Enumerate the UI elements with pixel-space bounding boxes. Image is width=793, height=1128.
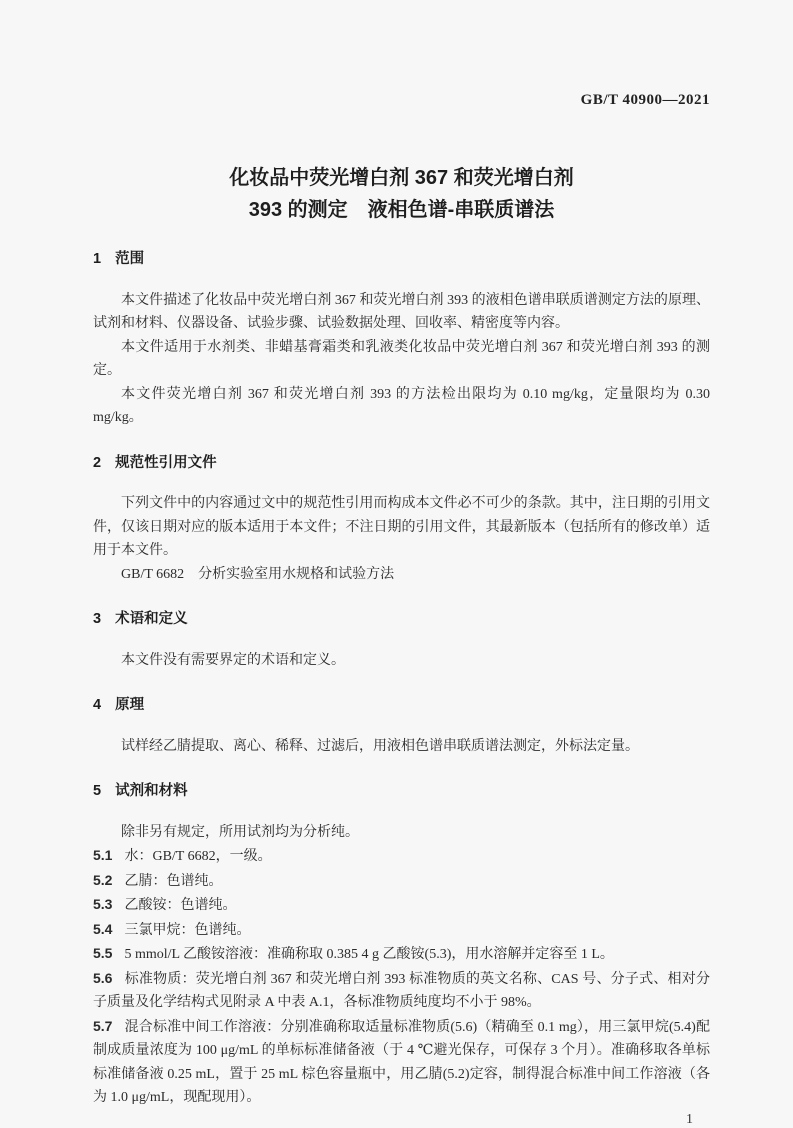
clause-5.3: 5.3乙酸铵：色谱纯。 (93, 893, 710, 918)
clause-text: 混合标准中间工作溶液：分别准确称取适量标准物质(5.6)（精确至 0.1 mg）… (93, 1020, 710, 1106)
clause-text: 水：GB/T 6682，一级。 (124, 849, 271, 864)
paragraph: 本文件适用于水剂类、非蜡基膏霜类和乳液类化妆品中荧光增白剂 367 和荧光增白剂… (93, 336, 710, 383)
clause-5.4: 5.4三氯甲烷：色谱纯。 (93, 918, 710, 943)
clause-5.6: 5.6标准物质：荧光增白剂 367 和荧光增白剂 393 标准物质的英文名称、C… (93, 967, 710, 1015)
clause-number: 5.5 (93, 945, 112, 961)
clause-number: 5.1 (93, 847, 112, 863)
section-number: 2 (93, 455, 101, 471)
paragraph: GB/T 6682 分析实验室用水规格和试验方法 (93, 563, 710, 587)
clause-5.5: 5.55 mmol/L 乙酸铵溶液：准确称取 0.385 4 g 乙酸铵(5.3… (93, 942, 710, 967)
section-heading-4: 4原理 (93, 694, 710, 718)
document-body: 1范围本文件描述了化妆品中荧光增白剂 367 和荧光增白剂 393 的液相色谱串… (93, 248, 710, 1110)
clause-text: 5 mmol/L 乙酸铵溶液：准确称取 0.385 4 g 乙酸铵(5.3)，用… (124, 947, 613, 962)
page-number: 1 (93, 1112, 710, 1128)
section-heading-1: 1范围 (93, 248, 710, 272)
paragraph: 本文件没有需要界定的术语和定义。 (93, 649, 710, 673)
clause-text: 乙腈：色谱纯。 (124, 874, 222, 889)
clause-text: 三氯甲烷：色谱纯。 (124, 923, 250, 938)
clause-number: 5.7 (93, 1018, 112, 1034)
standard-code: GB/T 40900—2021 (93, 90, 710, 110)
clause-number: 5.4 (93, 921, 112, 937)
clause-number: 5.3 (93, 896, 112, 912)
section-title: 术语和定义 (115, 611, 188, 627)
paragraph: 除非另有规定，所用试剂均为分析纯。 (93, 821, 710, 845)
document-title-line-2: 393 的测定 液相色谱-串联质谱法 (93, 194, 710, 226)
clause-5.7: 5.7混合标准中间工作溶液：分别准确称取适量标准物质(5.6)（精确至 0.1 … (93, 1015, 710, 1110)
clause-5.1: 5.1水：GB/T 6682，一级。 (93, 844, 710, 869)
clause-number: 5.6 (93, 970, 112, 986)
section-number: 4 (93, 697, 101, 713)
document-title: 化妆品中荧光增白剂 367 和荧光增白剂 393 的测定 液相色谱-串联质谱法 (93, 162, 710, 226)
clause-5.2: 5.2乙腈：色谱纯。 (93, 869, 710, 894)
paragraph: 下列文件中的内容通过文中的规范性引用而构成本文件必不可少的条款。其中，注日期的引… (93, 492, 710, 563)
section-title: 范围 (115, 251, 144, 267)
section-heading-3: 3术语和定义 (93, 608, 710, 632)
paragraph: 试样经乙腈提取、离心、稀释、过滤后，用液相色谱串联质谱法测定，外标法定量。 (93, 735, 710, 759)
section-heading-5: 5试剂和材料 (93, 780, 710, 804)
section-title: 原理 (115, 697, 144, 713)
document-page: GB/T 40900—2021 化妆品中荧光增白剂 367 和荧光增白剂 393… (0, 0, 793, 1122)
section-number: 5 (93, 783, 101, 799)
clause-text: 乙酸铵：色谱纯。 (124, 898, 236, 913)
section-number: 1 (93, 251, 101, 267)
clause-number: 5.2 (93, 872, 112, 888)
section-title: 试剂和材料 (115, 783, 188, 799)
section-title: 规范性引用文件 (115, 455, 217, 471)
section-heading-2: 2规范性引用文件 (93, 452, 710, 476)
clause-text: 标准物质：荧光增白剂 367 和荧光增白剂 393 标准物质的英文名称、CAS … (93, 972, 710, 1011)
document-title-line-1: 化妆品中荧光增白剂 367 和荧光增白剂 (93, 162, 710, 194)
section-number: 3 (93, 611, 101, 627)
paragraph: 本文件描述了化妆品中荧光增白剂 367 和荧光增白剂 393 的液相色谱串联质谱… (93, 289, 710, 336)
paragraph: 本文件荧光增白剂 367 和荧光增白剂 393 的方法检出限均为 0.10 mg… (93, 383, 710, 430)
